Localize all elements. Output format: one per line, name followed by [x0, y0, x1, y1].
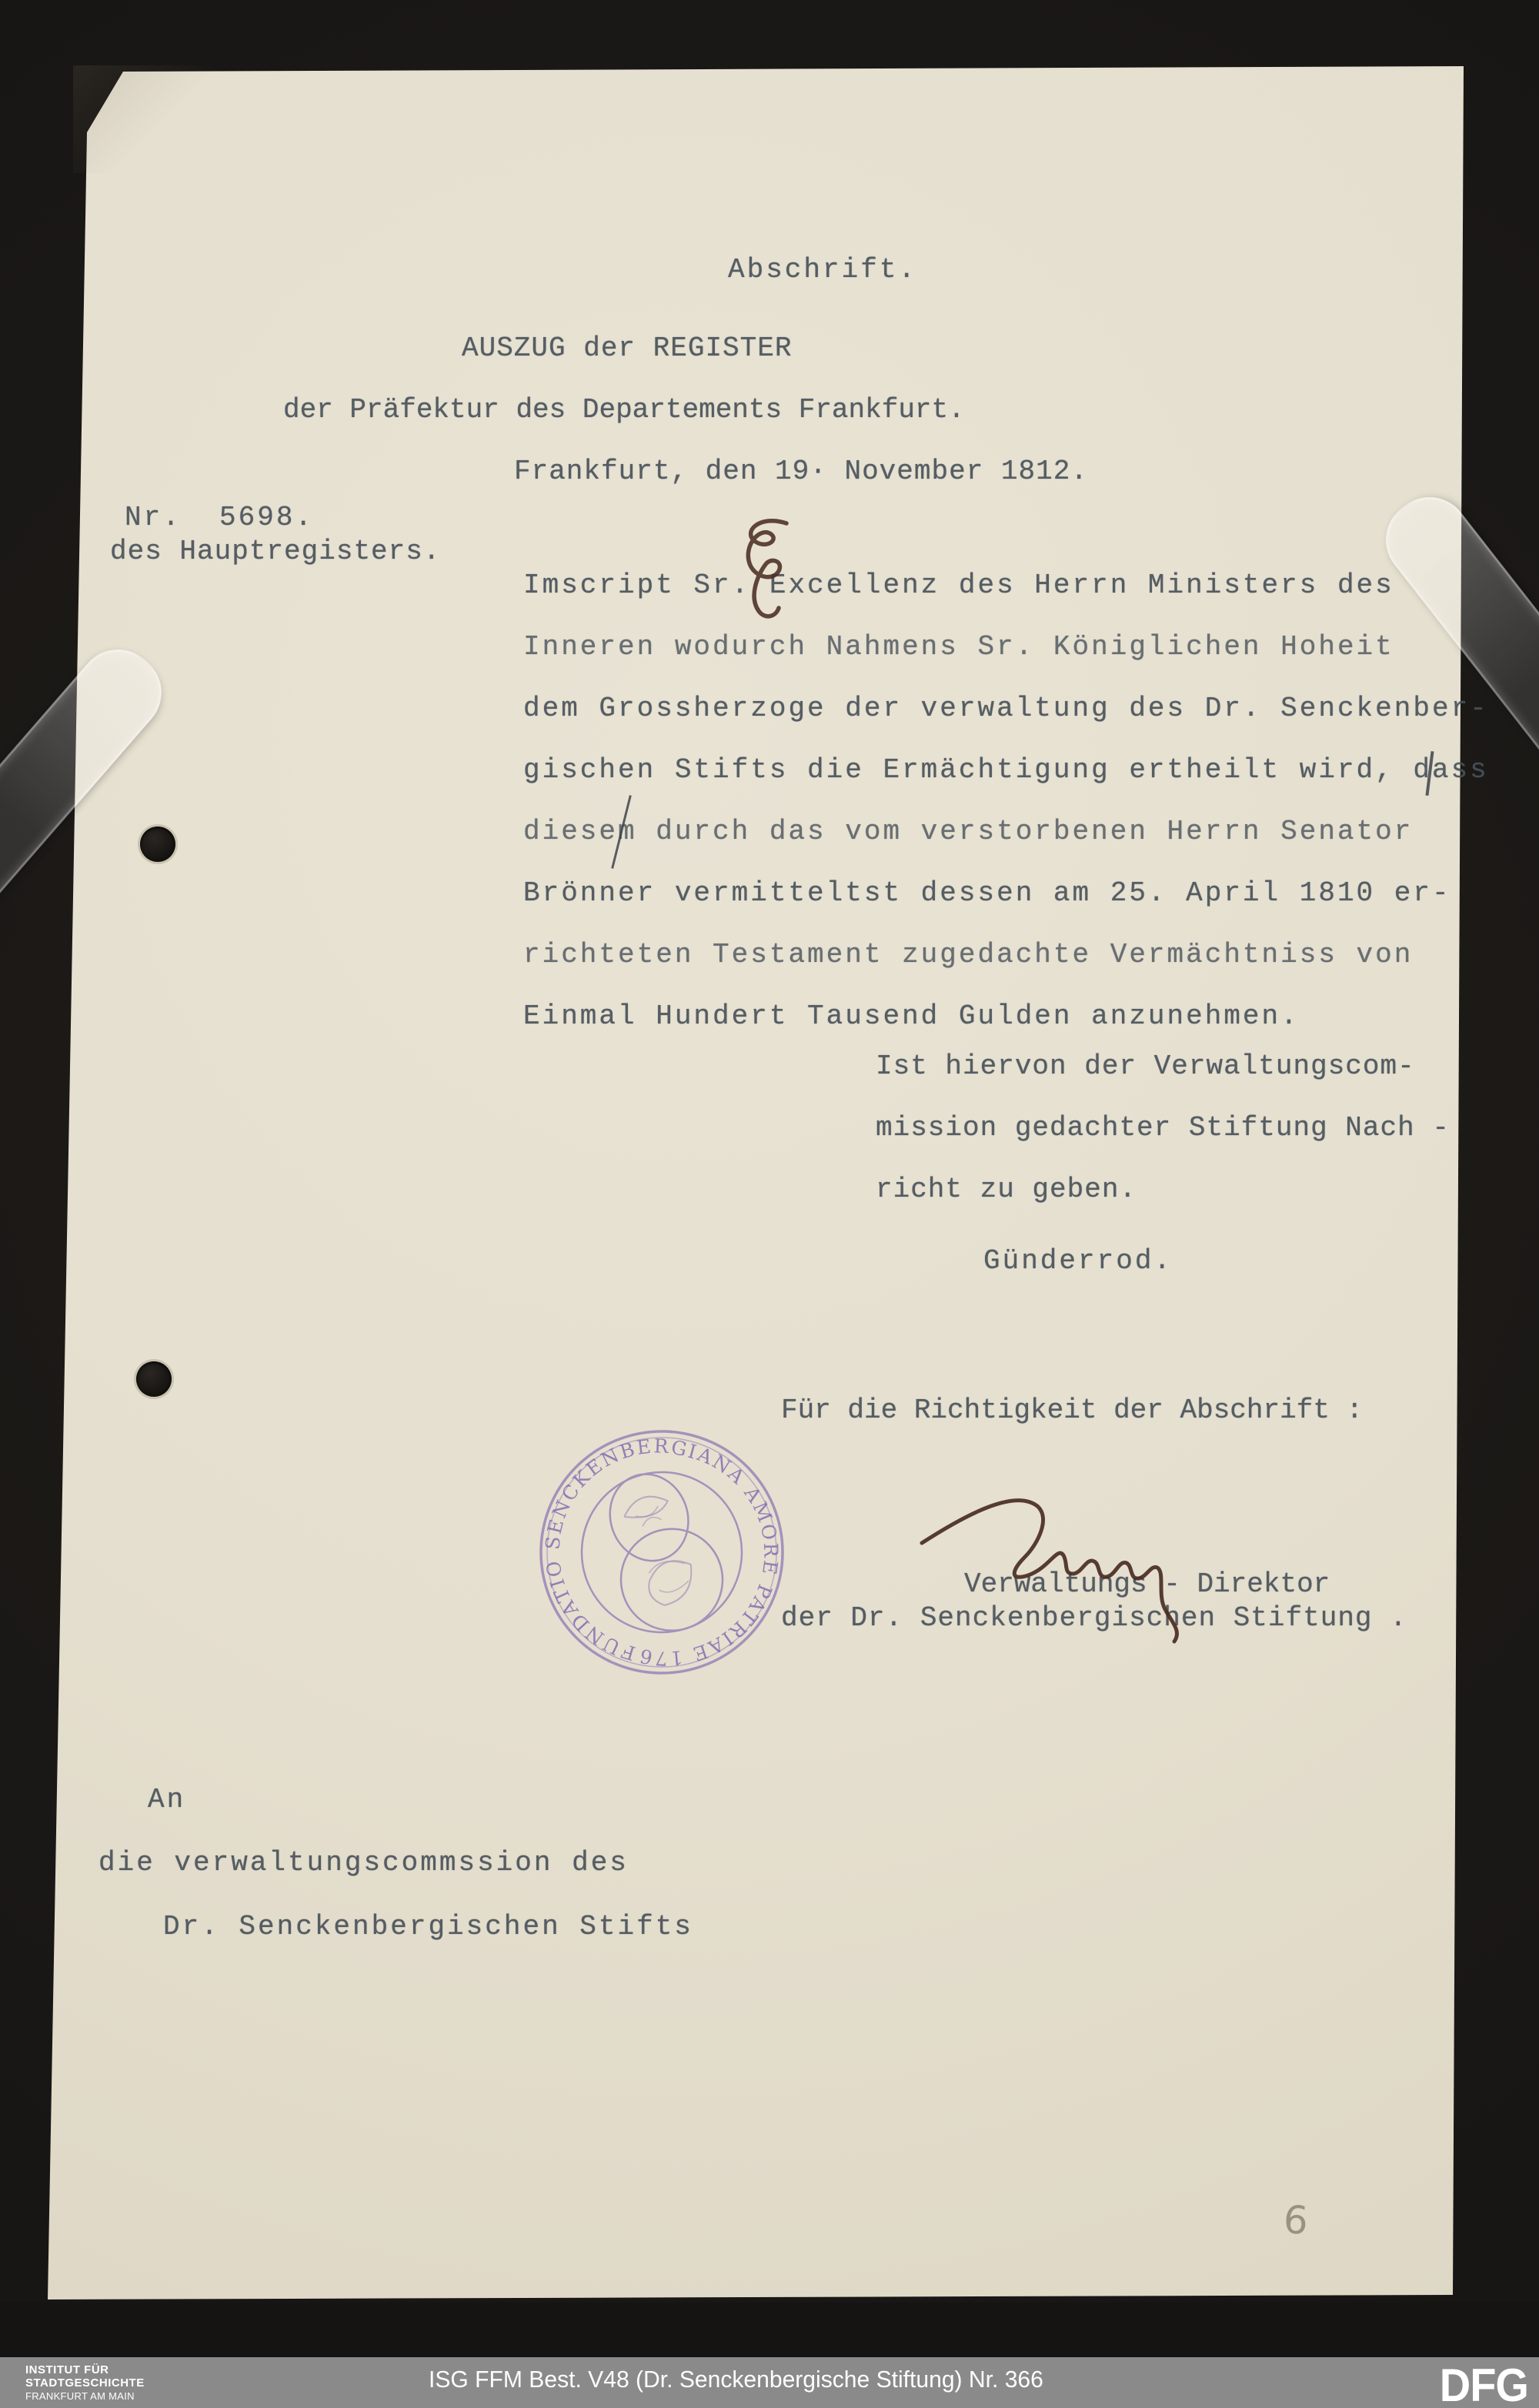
certification-line: Für die Richtigkeit der Abschrift : [781, 1394, 1363, 1426]
body-line: Imscript Sr. Excellenz des Herrn Ministe… [523, 569, 1394, 601]
body-line: diesem durch das vom verstorbenen Herrn … [523, 816, 1413, 847]
institute-line1: INSTITUT FÜR [25, 2363, 145, 2376]
archive-scan-viewer: Abschrift. AUSZUG der REGISTER der Präfe… [0, 0, 1539, 2408]
document-kind-label: Abschrift. [728, 254, 917, 286]
institute-line2: STADTGESCHICHTE [25, 2376, 145, 2390]
institute-logo-text: INSTITUT FÜR STADTGESCHICHTE FRANKFURT A… [25, 2363, 145, 2403]
archive-footer-bar: INSTITUT FÜR STADTGESCHICHTE FRANKFURT A… [0, 2357, 1539, 2408]
resolution-line: richt zu geben. [876, 1174, 1137, 1205]
body-line: Inneren wodurch Nahmens Sr. Königlichen … [523, 631, 1394, 663]
address-line2: die verwaltungscommssion des [98, 1847, 629, 1879]
institute-line3: FRANKFURT AM MAIN [25, 2390, 145, 2403]
pencil-folio-number: 6 [1282, 2197, 1310, 2243]
header-dateline: Frankfurt, den 19· November 1812. [514, 456, 1088, 487]
resolution-signoff: Günderrod. [983, 1245, 1173, 1277]
body-line: richteten Testament zugedachte Vermächtn… [523, 939, 1413, 970]
body-line: Brönner vermitteltst dessen am 25. April… [523, 877, 1451, 909]
margin-register-label: des Hauptregisters. [110, 536, 440, 567]
body-line: gischen Stifts die Ermächtigung ertheilt… [523, 754, 1489, 786]
resolution-line: mission gedachter Stiftung Nach - [876, 1112, 1450, 1144]
body-line: dem Grossherzoge der verwaltung des Dr. … [523, 693, 1489, 724]
handwritten-initial-E [733, 517, 810, 625]
signature-ebeling [916, 1458, 1254, 1651]
address-line1: An [148, 1784, 185, 1815]
dfg-logo: DFG [1440, 2358, 1528, 2408]
header-title: AUSZUG der REGISTER [462, 332, 792, 364]
punch-hole-bottom [136, 1361, 172, 1397]
body-line: Einmal Hundert Tausend Gulden anzunehmen… [523, 1000, 1300, 1032]
archive-reference-caption: ISG FFM Best. V48 (Dr. Senckenbergische … [429, 2366, 1043, 2393]
header-subtitle: der Präfektur des Departements Frankfurt… [283, 394, 965, 426]
punch-hole-top [140, 827, 175, 862]
resolution-line: Ist hiervon der Verwaltungscom- [876, 1050, 1415, 1082]
address-line3: Dr. Senckenbergischen Stifts [163, 1911, 693, 1942]
margin-register-number: Nr. 5698. [125, 502, 314, 533]
scan-bottom-margin [0, 2303, 1539, 2357]
